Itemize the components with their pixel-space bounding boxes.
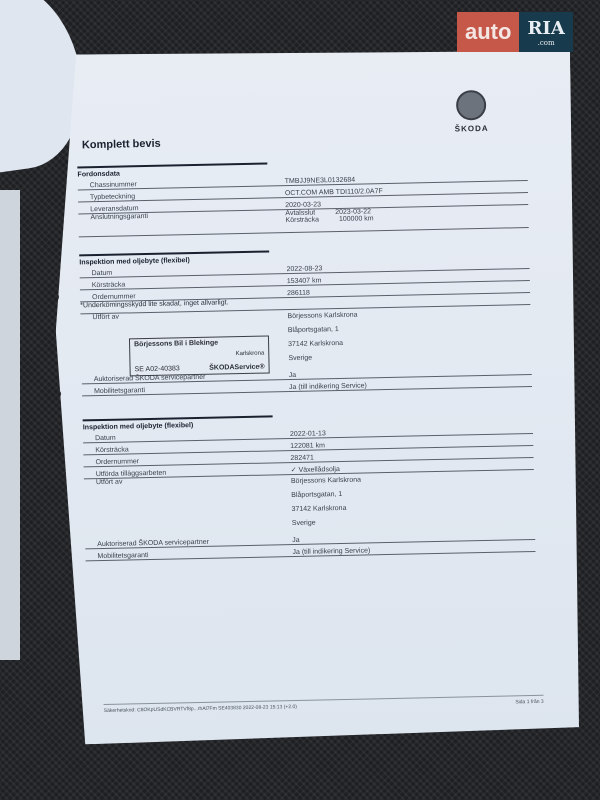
- document-title: Komplett bevis: [82, 138, 161, 152]
- dealer-stamp: Börjessons Bil i Blekinge Karlskrona SE …: [129, 335, 270, 376]
- security-code: Säkerhetskod: C8OKpUSdKCBVRTVf8p...rhAl7…: [104, 704, 297, 714]
- vehicle-data-section: Fordonsdata ChassinummerTMBJJ9NE3L013268…: [77, 157, 528, 237]
- watermark-auto: auto: [457, 12, 519, 52]
- inspection-section-2: Inspektion med oljebyte (flexibel) Datum…: [83, 410, 536, 561]
- page-number: Sida 1 från 3: [515, 699, 543, 706]
- background-paper-stack: [0, 190, 20, 660]
- brand-name: ŠKODA: [442, 124, 502, 134]
- autoria-watermark: auto RIA .com: [457, 12, 573, 52]
- page-footer: Säkerhetskod: C8OKpUSdKCBVRTVf8p...rhAl7…: [104, 695, 544, 714]
- inspection-section-1: Inspektion med oljebyte (flexibel) Datum…: [79, 245, 532, 396]
- performed-by-row: Utfört av Börjessons Karlskrona Blåports…: [84, 470, 535, 537]
- skoda-logo: ŠKODA: [441, 90, 502, 134]
- service-record-page: Komplett bevis ŠKODA Fordonsdata Chassin…: [50, 44, 584, 745]
- watermark-ria: RIA .com: [519, 12, 572, 52]
- skoda-arrow-icon: [456, 90, 487, 121]
